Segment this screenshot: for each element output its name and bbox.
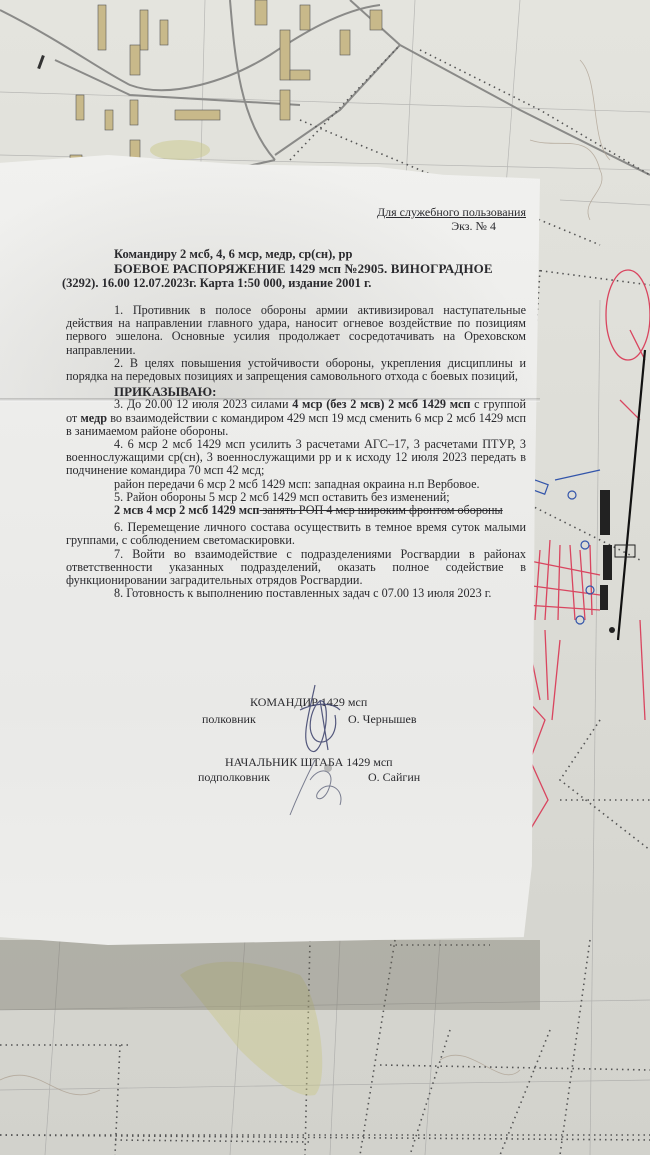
paragraph-8: 8. Готовность к выполнению поставленных … bbox=[66, 587, 526, 600]
document-header: Для служебного пользования Экз. № 4 bbox=[66, 205, 526, 233]
combat-order-document: Для служебного пользования Экз. № 4 Кома… bbox=[66, 205, 526, 600]
paragraph-4: 4. 6 мср 2 мсб 1429 мсп усилить 3 расчет… bbox=[66, 438, 526, 478]
commander-rank: полковник bbox=[202, 712, 256, 727]
addressee: Командиру 2 мсб, 4, 6 мср, медр, ср(сн),… bbox=[114, 247, 526, 261]
chief-of-staff-rank: подполковник bbox=[198, 770, 270, 785]
document-title-line2: (3292). 16.00 12.07.2023г. Карта 1:50 00… bbox=[62, 276, 526, 290]
paragraph-4-area: район передачи 6 мср 2 мсб 1429 мсп: зап… bbox=[114, 478, 526, 491]
handwritten-signatures bbox=[270, 680, 390, 820]
paragraph-7: 7. Войти во взаимодействие с подразделен… bbox=[66, 548, 526, 588]
document-title: БОЕВОЕ РАСПОРЯЖЕНИЕ 1429 мсп №2905. ВИНО… bbox=[114, 261, 526, 276]
paragraph-3: 3. До 20.00 12 июля 2023 силами 4 мср (б… bbox=[66, 398, 526, 438]
copy-number: Экз. № 4 bbox=[66, 219, 526, 233]
paragraph-6: 6. Перемещение личного состава осуществи… bbox=[66, 521, 526, 547]
paragraph-5-continuation: 2 мсв 4 мср 2 мсб 1429 мсп занять РОП 4 … bbox=[114, 504, 526, 517]
classification-mark: Для служебного пользования bbox=[66, 205, 526, 219]
paragraph-1: 1. Противник в полосе обороны армии акти… bbox=[66, 304, 526, 357]
paragraph-2: 2. В целях повышения устойчивости оборон… bbox=[66, 357, 526, 383]
